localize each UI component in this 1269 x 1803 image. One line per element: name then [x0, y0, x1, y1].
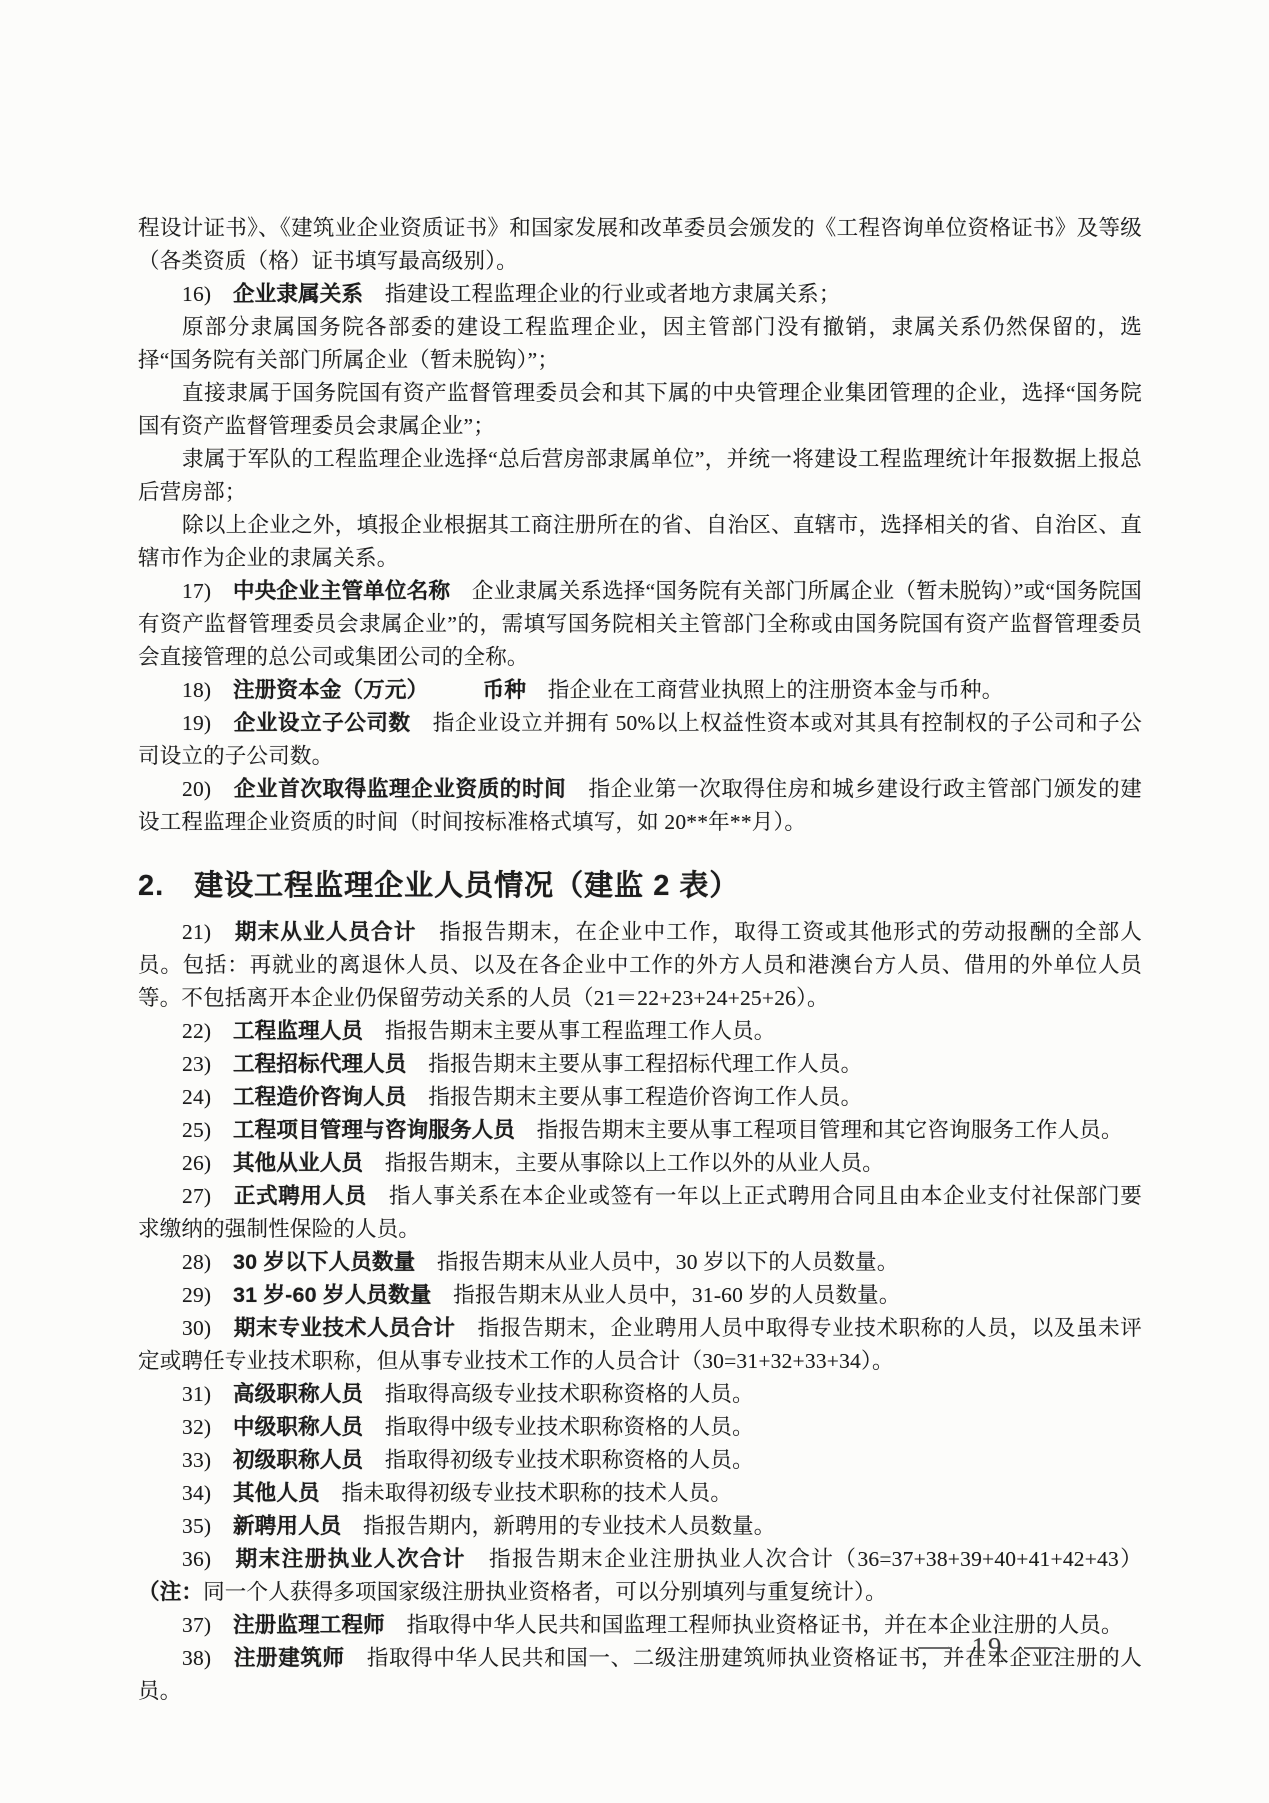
- paragraph: 35) 新聘用人员 指报告期内，新聘用的专业技术人员数量。: [138, 1510, 1142, 1543]
- term-bold: 期末注册执业人次合计: [236, 1547, 466, 1571]
- term-bold: 工程招标代理人员: [233, 1052, 407, 1076]
- page-footer: 19: [918, 1634, 1058, 1661]
- text-segment: 程设计证书》、《建筑业企业资质证书》和国家发展和改革委员会颁发的《工程咨询单位资…: [138, 216, 1142, 273]
- text-segment: 26): [182, 1151, 233, 1175]
- text-segment: 指报告期末从业人员中，31-60 岁的人员数量。: [432, 1283, 901, 1307]
- document-page: 程设计证书》、《建筑业企业资质证书》和国家发展和改革委员会颁发的《工程咨询单位资…: [0, 0, 1269, 1803]
- text-segment: 34): [182, 1481, 233, 1505]
- term-bold: 31 岁-60 岁人员数量: [233, 1283, 432, 1307]
- text-segment: 32): [182, 1415, 233, 1439]
- paragraph: 程设计证书》、《建筑业企业资质证书》和国家发展和改革委员会颁发的《工程咨询单位资…: [138, 212, 1142, 278]
- text-segment: 25): [182, 1118, 233, 1142]
- text-segment: 17): [182, 579, 233, 603]
- text-segment: 指企业在工商营业执照上的注册资本金与币种。: [526, 678, 1003, 702]
- text-segment: 30): [182, 1316, 234, 1340]
- text-segment: 指取得中级专业技术职称资格的人员。: [363, 1415, 754, 1439]
- term-bold: 初级职称人员: [233, 1448, 363, 1472]
- text-segment: 指报告期末企业注册执业人次合计（36=37+38+39+40+41+42+43）: [466, 1547, 1142, 1571]
- text-segment: 19): [182, 711, 234, 735]
- paragraph: 除以上企业之外，填报企业根据其工商注册所在的省、自治区、直辖市，选择相关的省、自…: [138, 509, 1142, 575]
- text-segment: 指取得初级专业技术职称资格的人员。: [363, 1448, 754, 1472]
- footer-dash-left-icon: [918, 1647, 952, 1649]
- paragraph: 34) 其他人员 指未取得初级专业技术职称的技术人员。: [138, 1477, 1142, 1510]
- text-segment: 指报告期末主要从事工程造价咨询工作人员。: [407, 1085, 863, 1109]
- term-bold: 企业首次取得监理企业资质的时间: [234, 777, 566, 801]
- term-bold: 币种: [483, 678, 526, 702]
- term-bold: （注：: [138, 1580, 203, 1604]
- text-segment: 21): [182, 920, 235, 944]
- paragraph: 33) 初级职称人员 指取得初级专业技术职称资格的人员。: [138, 1444, 1142, 1477]
- text-segment: [418, 678, 483, 702]
- paragraph: 17) 中央企业主管单位名称 企业隶属关系选择“国务院有关部门所属企业（暂未脱钩…: [138, 575, 1142, 674]
- term-bold: 中级职称人员: [233, 1415, 363, 1439]
- term-bold: 其他从业人员: [233, 1151, 363, 1175]
- text-segment: 指建设工程监理企业的行业或者地方隶属关系；: [363, 282, 840, 306]
- term-bold: 其他人员: [233, 1481, 320, 1505]
- term-bold: 期末专业技术人员合计: [234, 1316, 456, 1340]
- term-bold: 注册建筑师: [234, 1646, 345, 1670]
- paragraph: 20) 企业首次取得监理企业资质的时间 指企业第一次取得住房和城乡建设行政主管部…: [138, 773, 1142, 839]
- paragraph: 隶属于军队的工程监理企业选择“总后营房部隶属单位”，并统一将建设工程监理统计年报…: [138, 443, 1142, 509]
- document-body: 程设计证书》、《建筑业企业资质证书》和国家发展和改革委员会颁发的《工程咨询单位资…: [138, 212, 1142, 1708]
- text-segment: 指未取得初级专业技术职称的技术人员。: [320, 1481, 732, 1505]
- text-segment: 23): [182, 1052, 233, 1076]
- text-segment: 37): [182, 1613, 233, 1637]
- paragraph: 32) 中级职称人员 指取得中级专业技术职称资格的人员。: [138, 1411, 1142, 1444]
- paragraph: 直接隶属于国务院国有资产监督管理委员会和其下属的中央管理企业集团管理的企业，选择…: [138, 377, 1142, 443]
- page-number: 19: [972, 1634, 1005, 1661]
- text-segment: 33): [182, 1448, 233, 1472]
- text-segment: 20): [182, 777, 234, 801]
- paragraph: 21) 期末从业人员合计 指报告期末，在企业中工作，取得工资或其他形式的劳动报酬…: [138, 916, 1142, 1015]
- paragraph: 25) 工程项目管理与咨询服务人员 指报告期末主要从事工程项目管理和其它咨询服务…: [138, 1114, 1142, 1147]
- paragraph: 18) 注册资本金（万元） 币种 指企业在工商营业执照上的注册资本金与币种。: [138, 674, 1142, 707]
- paragraph: 23) 工程招标代理人员 指报告期末主要从事工程招标代理工作人员。: [138, 1048, 1142, 1081]
- text-segment: 指报告期末主要从事工程项目管理和其它咨询服务工作人员。: [515, 1118, 1123, 1142]
- text-segment: 同一个人获得多项国家级注册执业资格者，可以分别填列与重复统计）。: [203, 1580, 887, 1604]
- text-segment: 28): [182, 1250, 233, 1274]
- paragraph: 原部分隶属国务院各部委的建设工程监理企业，因主管部门没有撤销，隶属关系仍然保留的…: [138, 311, 1142, 377]
- text-segment: 18): [182, 678, 233, 702]
- paragraph: 31) 高级职称人员 指取得高级专业技术职称资格的人员。: [138, 1378, 1142, 1411]
- footer-dash-right-icon: [1024, 1647, 1058, 1649]
- text-segment: 原部分隶属国务院各部委的建设工程监理企业，因主管部门没有撤销，隶属关系仍然保留的…: [138, 315, 1142, 372]
- text-segment: 24): [182, 1085, 233, 1109]
- term-bold: 2. 建设工程监理企业人员情况（建监 2 表）: [138, 870, 739, 902]
- text-segment: 36): [182, 1547, 236, 1571]
- term-bold: 正式聘用人员: [234, 1184, 367, 1208]
- text-segment: 27): [182, 1184, 234, 1208]
- text-segment: 29): [182, 1283, 233, 1307]
- term-bold: 中央企业主管单位名称: [233, 579, 450, 603]
- paragraph: 16) 企业隶属关系 指建设工程监理企业的行业或者地方隶属关系；: [138, 278, 1142, 311]
- text-segment: 指报告期末主要从事工程招标代理工作人员。: [407, 1052, 863, 1076]
- text-segment: 指报告期内，新聘用的专业技术人员数量。: [341, 1514, 775, 1538]
- paragraph: 19) 企业设立子公司数 指企业设立并拥有 50%以上权益性资本或对其具有控制权…: [138, 707, 1142, 773]
- section-heading: 2. 建设工程监理企业人员情况（建监 2 表）: [138, 865, 1142, 907]
- paragraph: 28) 30 岁以下人员数量 指报告期末从业人员中，30 岁以下的人员数量。: [138, 1246, 1142, 1279]
- text-segment: 35): [182, 1514, 233, 1538]
- text-segment: 隶属于军队的工程监理企业选择“总后营房部隶属单位”，并统一将建设工程监理统计年报…: [138, 447, 1142, 504]
- text-segment: 指报告期末主要从事工程监理工作人员。: [363, 1019, 775, 1043]
- term-bold: 工程造价咨询人员: [233, 1085, 407, 1109]
- term-bold: 注册监理工程师: [233, 1613, 385, 1637]
- term-bold: 30 岁以下人员数量: [233, 1250, 415, 1274]
- text-segment: 16): [182, 282, 233, 306]
- paragraph: 29) 31 岁-60 岁人员数量 指报告期末从业人员中，31-60 岁的人员数…: [138, 1279, 1142, 1312]
- term-bold: 工程监理人员: [233, 1019, 363, 1043]
- text-segment: 31): [182, 1382, 233, 1406]
- paragraph: 24) 工程造价咨询人员 指报告期末主要从事工程造价咨询工作人员。: [138, 1081, 1142, 1114]
- text-segment: 38): [182, 1646, 234, 1670]
- text-segment: 直接隶属于国务院国有资产监督管理委员会和其下属的中央管理企业集团管理的企业，选择…: [138, 381, 1142, 438]
- term-bold: 注册资本金（万元）: [233, 678, 418, 702]
- paragraph: 30) 期末专业技术人员合计 指报告期末，企业聘用人员中取得专业技术职称的人员，…: [138, 1312, 1142, 1378]
- text-segment: 指报告期末，主要从事除以上工作以外的从业人员。: [363, 1151, 884, 1175]
- paragraph: 26) 其他从业人员 指报告期末，主要从事除以上工作以外的从业人员。: [138, 1147, 1142, 1180]
- paragraph: 36) 期末注册执业人次合计 指报告期末企业注册执业人次合计（36=37+38+…: [138, 1543, 1142, 1609]
- term-bold: 期末从业人员合计: [235, 920, 417, 944]
- term-bold: 企业设立子公司数: [234, 711, 411, 735]
- text-segment: 指报告期末从业人员中，30 岁以下的人员数量。: [415, 1250, 898, 1274]
- term-bold: 高级职称人员: [233, 1382, 363, 1406]
- text-segment: 22): [182, 1019, 233, 1043]
- text-segment: 除以上企业之外，填报企业根据其工商注册所在的省、自治区、直辖市，选择相关的省、自…: [138, 513, 1142, 570]
- term-bold: 新聘用人员: [233, 1514, 342, 1538]
- term-bold: 工程项目管理与咨询服务人员: [233, 1118, 515, 1142]
- term-bold: 企业隶属关系: [233, 282, 363, 306]
- text-segment: 指取得高级专业技术职称资格的人员。: [363, 1382, 754, 1406]
- paragraph: 27) 正式聘用人员 指人事关系在本企业或签有一年以上正式聘用合同且由本企业支付…: [138, 1180, 1142, 1246]
- paragraph: 22) 工程监理人员 指报告期末主要从事工程监理工作人员。: [138, 1015, 1142, 1048]
